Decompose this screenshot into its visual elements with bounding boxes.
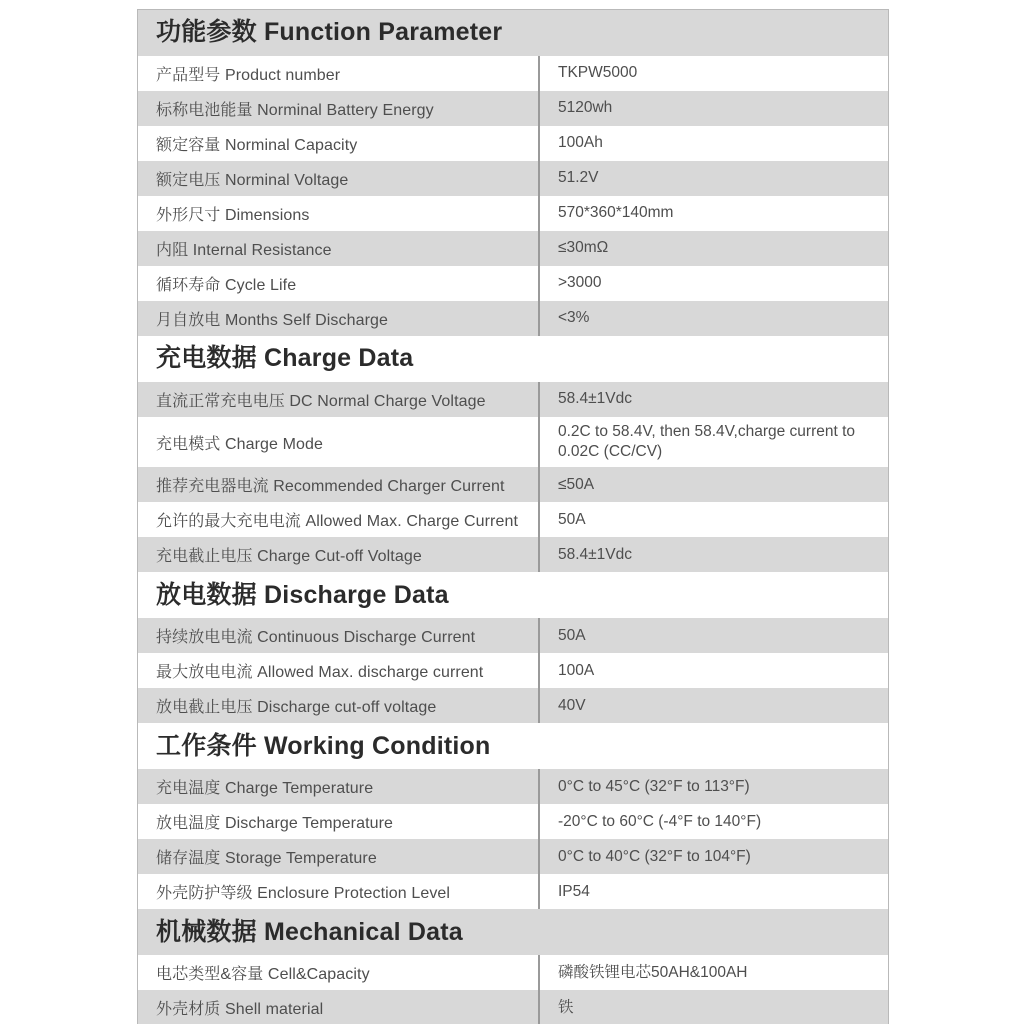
section-header: 机械数据 Mechanical Data xyxy=(138,909,888,955)
row-label: 标称电池能量 Norminal Battery Energy xyxy=(138,91,538,126)
row-value: 0.2C to 58.4V, then 58.4V,charge current… xyxy=(538,417,888,467)
row-label: 额定容量 Norminal Capacity xyxy=(138,126,538,161)
row-value: 5120wh xyxy=(538,91,888,126)
table-row: 内阻 Internal Resistance≤30mΩ xyxy=(138,231,888,266)
table-row: 放电温度 Discharge Temperature-20°C to 60°C … xyxy=(138,804,888,839)
table-row: 最大放电电流 Allowed Max. discharge current100… xyxy=(138,653,888,688)
row-label: 额定电压 Norminal Voltage xyxy=(138,161,538,196)
row-label: 放电温度 Discharge Temperature xyxy=(138,804,538,839)
row-value: 50A xyxy=(538,502,888,537)
section-title: 充电数据 Charge Data xyxy=(138,345,413,373)
section-title: 功能参数 Function Parameter xyxy=(138,19,502,47)
row-label: 外壳防护等级 Enclosure Protection Level xyxy=(138,874,538,909)
section-title: 放电数据 Discharge Data xyxy=(138,582,449,610)
row-value: 51.2V xyxy=(538,161,888,196)
section-header: 充电数据 Charge Data xyxy=(138,336,888,382)
table-row: 充电温度 Charge Temperature0°C to 45°C (32°F… xyxy=(138,769,888,804)
row-value: -20°C to 60°C (-4°F to 140°F) xyxy=(538,804,888,839)
row-label: 充电模式 Charge Mode xyxy=(138,417,538,467)
section-title: 机械数据 Mechanical Data xyxy=(138,919,463,947)
table-row: 外壳防护等级 Enclosure Protection LevelIP54 xyxy=(138,874,888,909)
row-label: 放电截止电压 Discharge cut-off voltage xyxy=(138,688,538,723)
table-row: 额定容量 Norminal Capacity100Ah xyxy=(138,126,888,161)
row-value: ≤50A xyxy=(538,467,888,502)
row-label: 外形尺寸 Dimensions xyxy=(138,196,538,231)
row-label: 电芯类型&容量 Cell&Capacity xyxy=(138,955,538,990)
row-value: TKPW5000 xyxy=(538,56,888,91)
table-row: 电芯类型&容量 Cell&Capacity磷酸铁锂电芯50AH&100AH xyxy=(138,955,888,990)
row-label: 持续放电电流 Continuous Discharge Current xyxy=(138,618,538,653)
row-value: 0°C to 40°C (32°F to 104°F) xyxy=(538,839,888,874)
table-row: 储存温度 Storage Temperature0°C to 40°C (32°… xyxy=(138,839,888,874)
spec-table: 功能参数 Function Parameter产品型号 Product numb… xyxy=(137,9,889,1024)
table-row: 推荐充电器电流 Recommended Charger Current≤50A xyxy=(138,467,888,502)
section-title: 工作条件 Working Condition xyxy=(138,733,490,761)
section-header: 放电数据 Discharge Data xyxy=(138,572,888,618)
table-row: 外壳材质 Shell material铁 xyxy=(138,990,888,1024)
row-label: 循环寿命 Cycle Life xyxy=(138,266,538,301)
row-value: 40V xyxy=(538,688,888,723)
row-label: 允许的最大充电电流 Allowed Max. Charge Current xyxy=(138,502,538,537)
row-value: 50A xyxy=(538,618,888,653)
row-label: 充电温度 Charge Temperature xyxy=(138,769,538,804)
table-row: 充电模式 Charge Mode0.2C to 58.4V, then 58.4… xyxy=(138,417,888,467)
table-row: 产品型号 Product numberTKPW5000 xyxy=(138,56,888,91)
row-label: 充电截止电压 Charge Cut-off Voltage xyxy=(138,537,538,572)
row-value: 100Ah xyxy=(538,126,888,161)
table-row: 标称电池能量 Norminal Battery Energy5120wh xyxy=(138,91,888,126)
section-header: 工作条件 Working Condition xyxy=(138,723,888,769)
table-row: 直流正常充电电压 DC Normal Charge Voltage58.4±1V… xyxy=(138,382,888,417)
row-label: 产品型号 Product number xyxy=(138,56,538,91)
row-value: 铁 xyxy=(538,990,888,1024)
spec-sheet-page: 功能参数 Function Parameter产品型号 Product numb… xyxy=(0,0,1024,1024)
row-label: 月自放电 Months Self Discharge xyxy=(138,301,538,336)
row-value: 磷酸铁锂电芯50AH&100AH xyxy=(538,955,888,990)
table-row: 允许的最大充电电流 Allowed Max. Charge Current50A xyxy=(138,502,888,537)
row-label: 外壳材质 Shell material xyxy=(138,990,538,1024)
row-value: 100A xyxy=(538,653,888,688)
row-label: 储存温度 Storage Temperature xyxy=(138,839,538,874)
row-value: ≤30mΩ xyxy=(538,231,888,266)
row-label: 最大放电电流 Allowed Max. discharge current xyxy=(138,653,538,688)
row-label: 直流正常充电电压 DC Normal Charge Voltage xyxy=(138,382,538,417)
row-value: IP54 xyxy=(538,874,888,909)
table-row: 充电截止电压 Charge Cut-off Voltage58.4±1Vdc xyxy=(138,537,888,572)
table-row: 循环寿命 Cycle Life>3000 xyxy=(138,266,888,301)
row-value: 570*360*140mm xyxy=(538,196,888,231)
table-row: 外形尺寸 Dimensions570*360*140mm xyxy=(138,196,888,231)
row-value: <3% xyxy=(538,301,888,336)
row-label: 内阻 Internal Resistance xyxy=(138,231,538,266)
row-value: 0°C to 45°C (32°F to 113°F) xyxy=(538,769,888,804)
table-row: 额定电压 Norminal Voltage51.2V xyxy=(138,161,888,196)
table-row: 持续放电电流 Continuous Discharge Current50A xyxy=(138,618,888,653)
row-value: >3000 xyxy=(538,266,888,301)
row-value: 58.4±1Vdc xyxy=(538,537,888,572)
table-row: 放电截止电压 Discharge cut-off voltage40V xyxy=(138,688,888,723)
section-header: 功能参数 Function Parameter xyxy=(138,10,888,56)
row-value: 58.4±1Vdc xyxy=(538,382,888,417)
table-row: 月自放电 Months Self Discharge<3% xyxy=(138,301,888,336)
row-label: 推荐充电器电流 Recommended Charger Current xyxy=(138,467,538,502)
